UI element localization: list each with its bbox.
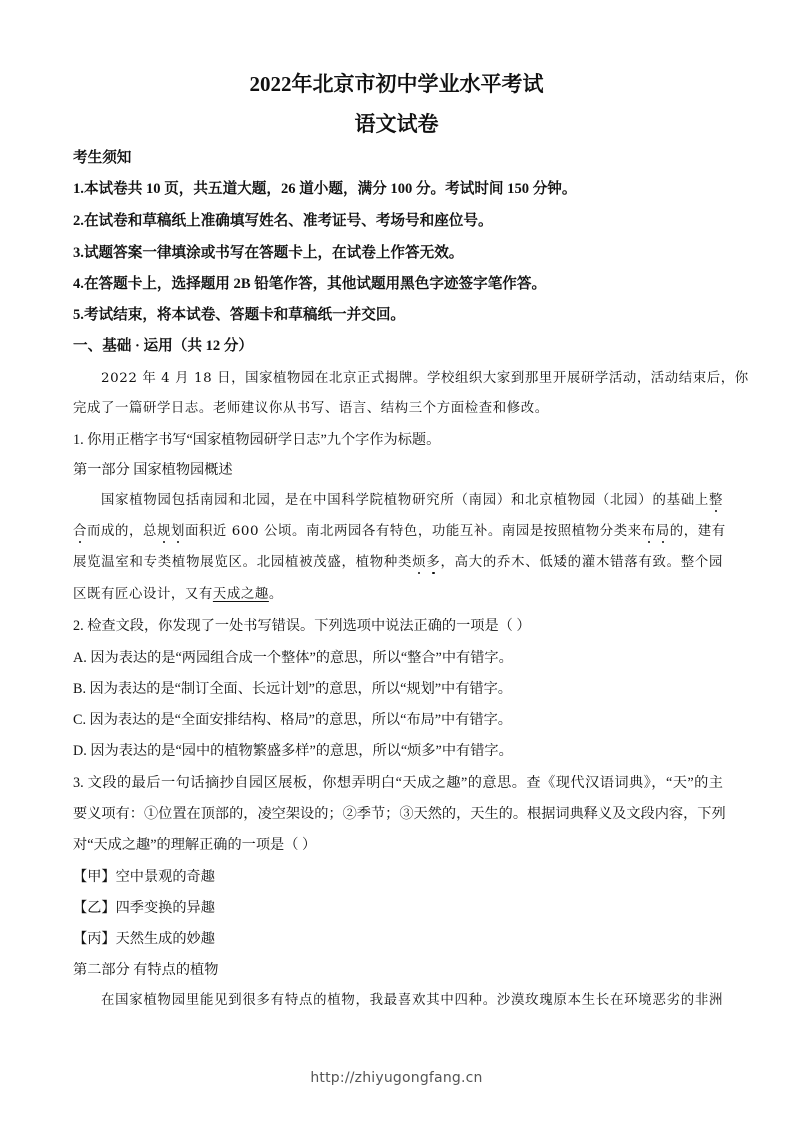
exam-title: 2022年北京市初中学业水平考试 <box>0 71 793 97</box>
part1-para-line-4: 区既有匠心设计，又有天成之趣。 <box>73 585 283 605</box>
text: ，高大的乔木、低矮的灌木错落有致。整个园 <box>440 555 723 570</box>
text: 而成的，总 <box>87 524 157 539</box>
part1-heading: 第一部分 国家植物园概述 <box>73 460 233 480</box>
notice-item-5: 5.考试结束，将本试卷、答题卡和草稿纸一并交回。 <box>73 305 405 325</box>
text: 区既有匠心设计，又有 <box>73 587 213 602</box>
intro-line-2: 完成了一篇研学日志。老师建议你从书写、语言、结构三个方面检查和修改。 <box>73 399 549 419</box>
notice-item-4: 4.在答题卡上，选择题用 2B 铅笔作答，其他试题用黑色字迹签字笔作答。 <box>73 274 546 294</box>
exam-page: 2022年北京市初中学业水平考试 语文试卷 考生须知 1.本试卷共 10 页，共… <box>0 0 793 1122</box>
exam-subtitle: 语文试卷 <box>0 111 793 137</box>
question-2-option-b: B. 因为表达的是“制订全面、长远计划”的意思，所以“规划”中有错字。 <box>73 679 512 699</box>
emphasized-text: 烦多 <box>412 555 440 570</box>
text: 的，建有 <box>670 524 726 539</box>
question-1: 1. 你用正楷字书写“国家植物园研学日志”九个字作为标题。 <box>73 430 440 450</box>
notice-item-1: 1.本试卷共 10 页，共五道大题，26 道小题，满分 100 分。考试时间 1… <box>73 179 577 199</box>
part1-para-line-2: 合而成的，总规划面积近 600 公顷。南北两园各有特色，功能互补。南园是按照植物… <box>73 522 723 542</box>
question-3-option-bing: 【丙】天然生成的妙趣 <box>73 929 215 949</box>
text: 国家植物园包括南园和北园，是在中国科学院植物研究所（南园）和北京植物园（北园）的… <box>101 493 709 508</box>
part1-para-line-1: 国家植物园包括南园和北园，是在中国科学院植物研究所（南园）和北京植物园（北园）的… <box>101 491 723 511</box>
emphasized-text: 布局 <box>642 524 670 539</box>
emphasized-text: 规划 <box>157 524 185 539</box>
question-2-option-c: C. 因为表达的是“全面安排结构、格局”的意思，所以“布局”中有错字。 <box>73 710 512 730</box>
notice-item-2: 2.在试卷和草稿纸上准确填写姓名、准考证号、考场号和座位号。 <box>73 211 493 231</box>
question-2-option-a: A. 因为表达的是“两园组合成一个整体”的意思，所以“整合”中有错字。 <box>73 648 513 668</box>
text: 。 <box>269 587 283 602</box>
question-2-stem: 2. 检查文段，你发现了一处书写错误。下列选项中说法正确的一项是（ ） <box>73 616 531 636</box>
notice-heading: 考生须知 <box>73 148 131 168</box>
underlined-phrase: 天成之趣 <box>213 587 269 602</box>
notice-item-3: 3.试题答案一律填涂或书写在答题卡上，在试卷上作答无效。 <box>73 243 463 263</box>
text: 面积近 600 公顷。南北两园各有特色，功能互补。南园是按照植物分类来 <box>185 524 642 539</box>
question-3-stem-line-3: 对“天成之趣”的理解正确的一项是（ ） <box>73 835 316 855</box>
emphasized-text: 整 <box>709 493 723 508</box>
footer-url: http://zhiyugongfang.cn <box>0 1070 793 1086</box>
part2-para-line-1: 在国家植物园里能见到很多有特点的植物，我最喜欢其中四种。沙漠玫瑰原本生长在环境恶… <box>101 991 723 1011</box>
text: 展览温室和专类植物展览区。北园植被茂盛，植物种类 <box>73 555 412 570</box>
part2-heading: 第二部分 有特点的植物 <box>73 960 218 980</box>
question-3-stem-line-1: 3. 文段的最后一句话摘抄自园区展板，你想弄明白“天成之趣”的意思。查《现代汉语… <box>73 773 723 793</box>
question-3-option-yi: 【乙】四季变换的异趣 <box>73 898 215 918</box>
question-2-option-d: D. 因为表达的是“园中的植物繁盛多样”的意思，所以“烦多”中有错字。 <box>73 741 513 761</box>
part1-para-line-3: 展览温室和专类植物展览区。北园植被茂盛，植物种类烦多，高大的乔木、低矮的灌木错落… <box>73 553 723 573</box>
section-heading: 一、基础 · 运用（共 12 分） <box>73 336 253 356</box>
question-3-stem-line-2: 要义项有：①位置在顶部的，凌空架设的；②季节；③天然的，天生的。根据词典释义及文… <box>73 804 723 824</box>
question-3-option-jia: 【甲】空中景观的奇趣 <box>73 867 215 887</box>
emphasized-text: 合 <box>73 524 87 539</box>
intro-line-1: 2022 年 4 月 18 日，国家植物园在北京正式揭牌。学校组织大家到那里开展… <box>101 369 723 389</box>
